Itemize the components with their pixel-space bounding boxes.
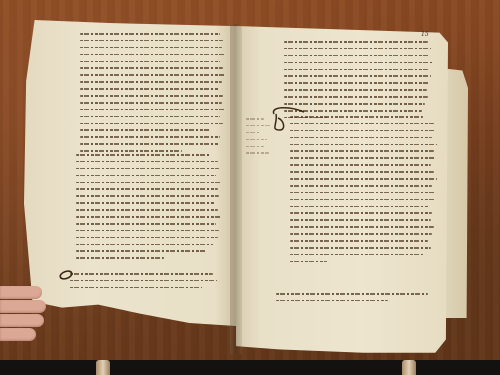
- floor-shadow: [0, 360, 500, 375]
- left-page-text-top: [80, 33, 226, 157]
- book-gutter: [230, 24, 242, 354]
- left-page-paragraph-mark: [56, 268, 80, 282]
- table-leg-left: [96, 360, 110, 375]
- hand-holding-page: [0, 284, 48, 344]
- right-page-text-middle: [290, 116, 438, 268]
- right-page-note: [276, 293, 436, 307]
- table-leg-right: [402, 360, 416, 375]
- left-page-text-middle: [76, 154, 222, 264]
- photo-scene: 15: [0, 0, 500, 375]
- folio-number: 15: [421, 31, 429, 38]
- left-page-note: [70, 273, 220, 294]
- right-page-margin-notes: [246, 118, 276, 159]
